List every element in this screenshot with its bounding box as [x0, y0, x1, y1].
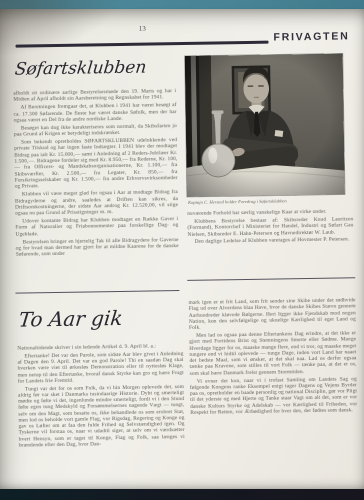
paragraph: mark igen er et frit Land, som frit send… [189, 297, 356, 331]
speaker-photo-illustration [185, 53, 345, 196]
article2-column-right: mark igen er et frit Land, som frit send… [189, 297, 358, 417]
article-title-to-aar-gik: To Aar gik [18, 306, 124, 332]
paragraph: Klubbens Bestyrelse bestaar af: Skibsred… [187, 216, 353, 238]
photographed-magazine-page: 13 FRIVAGTEN Søfartsklubben afholdt sit … [0, 0, 364, 500]
article-column-left: afholdt sit ordinære aarlige Bestyrelses… [13, 88, 179, 260]
photo-vignette [185, 53, 345, 196]
paragraph: Som bekendt opretholdes SØFARTSKLUBBEN u… [14, 137, 178, 190]
paragraph: Eftertanke! Det var den Parole, som sids… [17, 351, 183, 385]
paragraph: Bestyrelsen bringer en hjertelig Tak til… [16, 237, 179, 259]
paragraph: Tungt var det for os som Folk, da vi hin… [18, 383, 185, 448]
paragraph: Udover kontante Bidrag har Klubben modta… [15, 216, 178, 238]
masthead-rule [16, 41, 269, 48]
paragraph: Men lad os ogsaa paa denne Eftertankens … [189, 330, 357, 377]
section-divider-right [187, 277, 355, 281]
page-number: 13 [15, 23, 269, 35]
page-content: 13 FRIVAGTEN Søfartsklubben afholdt sit … [0, 6, 364, 492]
paragraph: Vi evner det kun, naar vi i trofast Saml… [190, 376, 358, 416]
photo-caption: Kaptajn C. Hersted holder Foredrag i Søf… [188, 198, 338, 205]
paragraph: afholdt sit ordinære aarlige Bestyrelses… [13, 88, 176, 103]
article-column-right: nuværende Forhold har særlig vanskelige … [187, 208, 354, 247]
section-divider-left [15, 290, 179, 294]
article-photo [185, 53, 345, 196]
paper-sheet: 13 FRIVAGTEN Søfartsklubben afholdt sit … [0, 9, 364, 489]
table-surface-bottom-edge [0, 489, 364, 500]
paragraph: Besøget kan dog ikke karakteriseres som … [14, 123, 177, 138]
article-title-sofartsklubben: Søfartsklubben [14, 58, 148, 80]
paragraph: Af Beretningen fremgaar det, at Klubben … [13, 102, 176, 124]
paragraph: Klubben vil være meget glad for ogsaa i … [15, 189, 178, 217]
article2-column-left: Nationaltidende skriver i sin ledende Ar… [17, 343, 185, 450]
paragraph: Den daglige Ledelse af Klubben varetages… [188, 237, 354, 246]
magazine-title: FRIVAGTEN [273, 30, 349, 43]
